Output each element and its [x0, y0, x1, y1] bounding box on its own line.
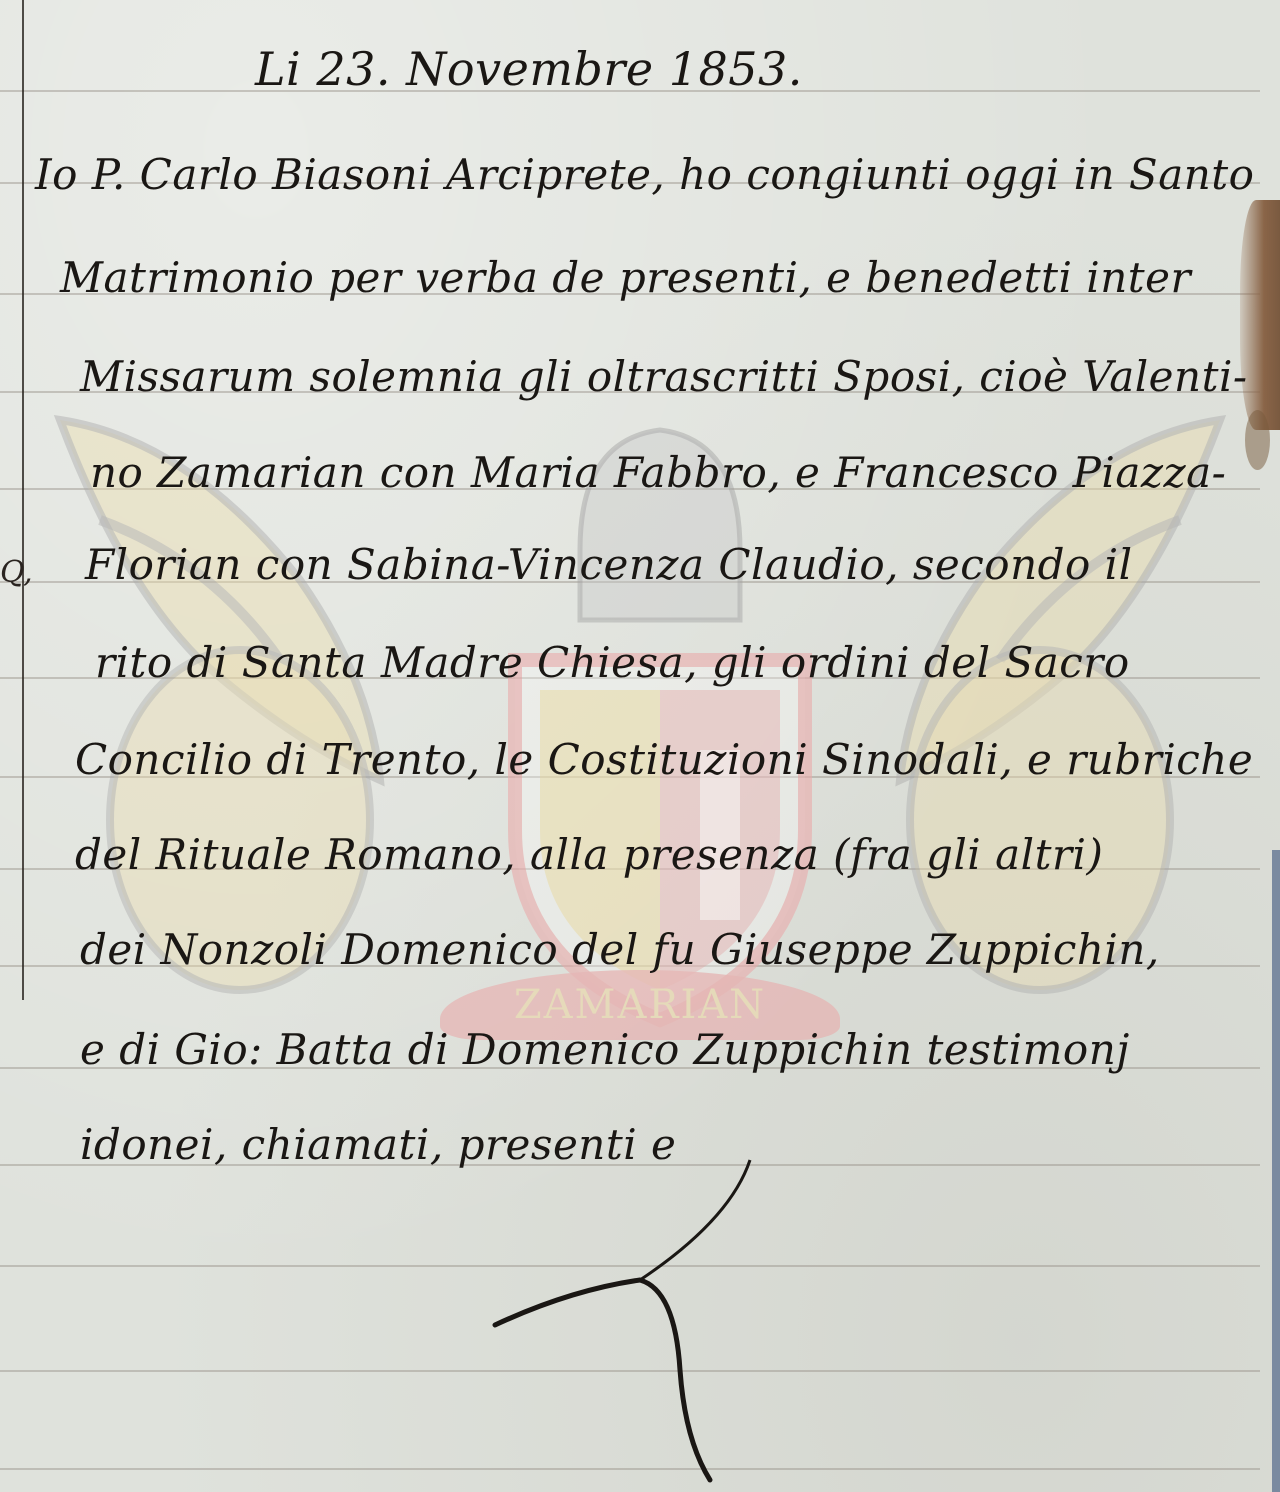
text-line-11: idonei, chiamati, presenti e [80, 1120, 676, 1169]
paper-stain-small [1245, 410, 1270, 470]
text-line-7: Concilio di Trento, le Costituzioni Sino… [75, 735, 1253, 784]
text-line-9: dei Nonzoli Domenico del fu Giuseppe Zup… [80, 925, 1160, 974]
date-heading: Li 23. Novembre 1853. [255, 42, 803, 96]
margin-note: Q, [0, 555, 33, 590]
text-line-5: Florian con Sabina-Vincenza Claudio, sec… [85, 540, 1133, 589]
margin-line [22, 0, 24, 1000]
text-line-6: rito di Santa Madre Chiesa, gli ordini d… [95, 638, 1130, 687]
text-line-1: Io P. Carlo Biasoni Arciprete, ho congiu… [35, 150, 1254, 199]
page-edge [1272, 850, 1280, 1492]
document-page: Q, ZAMARIAN Li 23. Novembre 1853. Io P. … [0, 0, 1280, 1492]
text-line-3: Missarum solemnia gli oltrascritti Sposi… [80, 352, 1248, 401]
text-line-8: del Rituale Romano, alla presenza (fra g… [75, 830, 1103, 879]
text-line-2: Matrimonio per verba de presenti, e bene… [60, 253, 1191, 302]
text-line-4: no Zamarian con Maria Fabbro, e Francesc… [90, 448, 1226, 497]
closing-flourish [480, 1140, 780, 1490]
text-line-10: e di Gio: Batta di Domenico Zuppichin te… [80, 1025, 1130, 1074]
